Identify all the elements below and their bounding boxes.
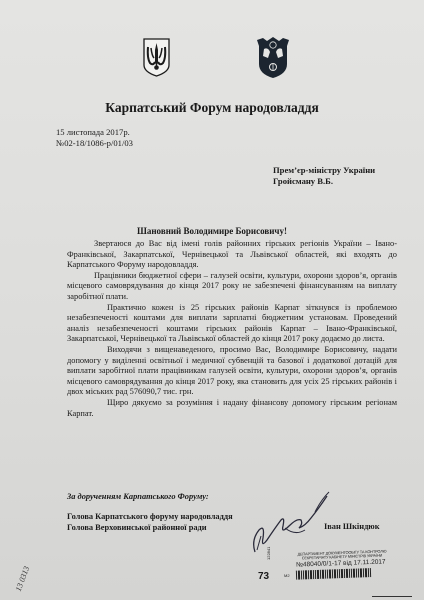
barcode-icon — [296, 567, 392, 579]
letter-body: Звертаюся до Вас від імені голів районни… — [67, 239, 397, 419]
ukraine-trident-emblem-icon — [143, 38, 170, 77]
stamp-prefix: М2 — [284, 573, 290, 578]
handwritten-note: 13 0313 — [15, 565, 31, 592]
signer-title-2: Голова Верховинської районної ради — [67, 523, 233, 534]
vertical-code: 122841 — [266, 547, 271, 560]
addressee: Прем’єр-міністру України Гройсману В.Б. — [273, 165, 375, 187]
mandate-line: За дорученням Карпатського Форуму: — [67, 492, 209, 501]
organization-title: Карпатський Форум народовладдя — [0, 100, 424, 116]
salutation: Шановний Володимире Борисовичу! — [0, 226, 424, 236]
paragraph: Виходячи з вищенаведеного, просимо Вас, … — [67, 345, 397, 398]
handwritten-signature-icon — [245, 490, 335, 560]
letter-meta: 15 листопада 2017р. №02-18/1086-р/01/03 — [56, 127, 133, 148]
carpathian-forum-emblem-icon — [255, 36, 291, 79]
paragraph: Працівники бюджетної сфери – галузей осв… — [67, 271, 397, 303]
paragraph: Щиро дякуємо за розуміння і надану фінан… — [67, 398, 397, 419]
addressee-name: Гройсману В.Б. — [273, 176, 375, 187]
registration-stamp: ДЕПАРТАМЕНТ ДОКУМЕНТООБІГУ ТА КОНТРОЛЮ С… — [282, 551, 402, 585]
signer-title-1: Голова Карпатського форуму народовладдя — [67, 512, 233, 523]
divider-line — [372, 596, 412, 597]
handwritten-number: 73 — [258, 571, 269, 582]
reference-number: №02-18/1086-р/01/03 — [56, 138, 133, 149]
letter-page: Карпатський Форум народовладдя 15 листоп… — [0, 0, 424, 600]
paragraph: Звертаюся до Вас від імені голів районни… — [67, 239, 397, 271]
addressee-title: Прем’єр-міністру України — [273, 165, 375, 176]
signer-titles: Голова Карпатського форуму народовладдя … — [67, 512, 233, 533]
paragraph: Практично кожен із 25 гірських районів К… — [67, 303, 397, 345]
letter-date: 15 листопада 2017р. — [56, 127, 133, 138]
